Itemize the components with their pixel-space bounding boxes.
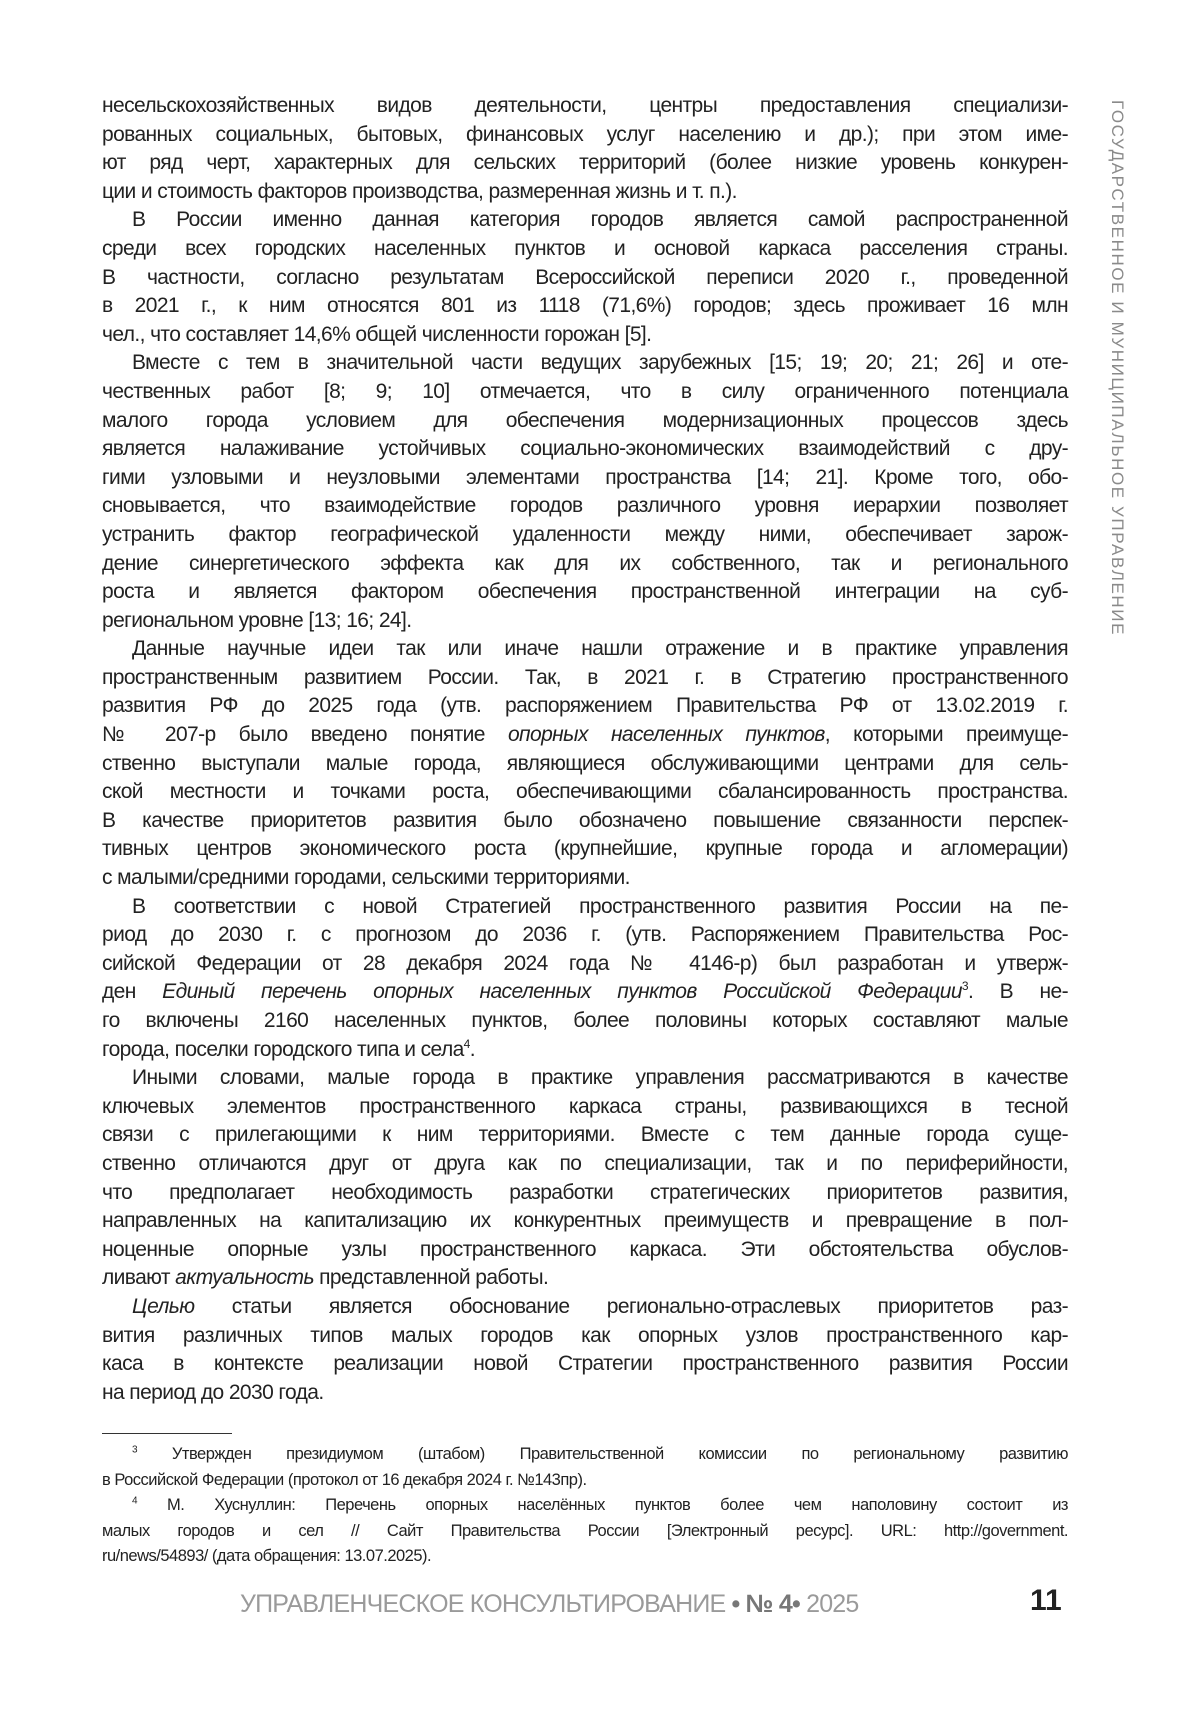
text-run: представленной работы. — [314, 1266, 548, 1289]
text-run: является налаживание устойчивых социальн… — [102, 437, 1068, 460]
text-run: В частности, согласно результатам Всерос… — [102, 266, 1068, 289]
text-run: чел., что составляет 14,6% общей численн… — [102, 323, 651, 346]
text-run: ской местности и точками роста, обеспечи… — [102, 780, 1068, 803]
text-run: сийской Федерации от 28 декабря 2024 год… — [102, 952, 1068, 975]
text-run: Иными словами, малые города в практике у… — [132, 1066, 1068, 1089]
body-line: на период до 2030 года. — [102, 1379, 1068, 1408]
footnote-line: 4 М. Хуснуллин: Перечень опорных населён… — [102, 1493, 1068, 1519]
footer-separator: • — [725, 1590, 745, 1618]
issue-number: № 4 — [746, 1590, 792, 1618]
text-run: что предполагает необходимость разработк… — [102, 1181, 1068, 1204]
body-line: гими узловыми и неузловыми элементами пр… — [102, 464, 1068, 493]
body-line: В частности, согласно результатам Всерос… — [102, 264, 1068, 293]
text-run: . В не- — [968, 980, 1068, 1003]
body-line: ливают актуальность представленной работ… — [102, 1264, 1068, 1293]
body-line: В России именно данная категория городов… — [102, 206, 1068, 235]
footnote-divider — [102, 1433, 232, 1434]
body-line: чел., что составляет 14,6% общей численн… — [102, 321, 1068, 350]
text-run: . — [470, 1038, 475, 1061]
emphasis-text: опорных населенных пунктов — [508, 723, 825, 746]
body-line: является налаживание устойчивых социальн… — [102, 435, 1068, 464]
text-run: ден — [102, 980, 162, 1003]
emphasis-text: Единый перечень опорных населенных пункт… — [162, 980, 962, 1003]
body-line: связи с прилегающими к ним территориями.… — [102, 1121, 1068, 1150]
text-run: ливают — [102, 1266, 175, 1289]
body-line: ден Единый перечень опорных населенных п… — [102, 978, 1068, 1007]
emphasis-text: актуальность — [175, 1266, 314, 1289]
body-line: чественных работ [8; 9; 10] отмечается, … — [102, 378, 1068, 407]
text-run: развития РФ до 2025 года (утв. распоряже… — [102, 694, 1068, 717]
text-run: среди всех городских населенных пунктов … — [102, 237, 1068, 260]
body-line: вития различных типов малых городов как … — [102, 1322, 1068, 1351]
text-run: направленных на капитализацию их конкуре… — [102, 1209, 1068, 1232]
text-run: вития различных типов малых городов как … — [102, 1324, 1068, 1347]
text-run: статьи является обоснование регионально-… — [194, 1295, 1068, 1318]
body-line: направленных на капитализацию их конкуре… — [102, 1207, 1068, 1236]
text-run: ноценные опорные узлы пространственного … — [102, 1238, 1068, 1261]
body-line: № 207-р было введено понятие опорных нас… — [102, 721, 1068, 750]
body-line: В качестве приоритетов развития было обо… — [102, 807, 1068, 836]
body-line: Иными словами, малые города в практике у… — [102, 1064, 1068, 1093]
text-run: дение синергетического эффекта как для и… — [102, 552, 1068, 575]
issue-year: 2025 — [806, 1590, 858, 1618]
body-line: региональном уровне [13; 16; 24]. — [102, 607, 1068, 636]
text-run: рованных социальных, бытовых, финансовых… — [102, 123, 1068, 146]
text-run: М. Хуснуллин: Перечень опорных населённы… — [137, 1496, 1068, 1514]
text-run: тивных центров экономического роста (кру… — [102, 837, 1068, 860]
body-line: с малыми/средними городами, сельскими те… — [102, 864, 1068, 893]
text-run: ют ряд черт, характерных для сельских те… — [102, 151, 1068, 174]
running-footer: УПРАВЛЕНЧЕСКОЕ КОНСУЛЬТИРОВАНИЕ • № 4• 2… — [240, 1590, 880, 1619]
body-line: каса в контексте реализации новой Страте… — [102, 1350, 1068, 1379]
body-line: сновывается, что взаимодействие городов … — [102, 492, 1068, 521]
article-body: несельскохозяйственных видов деятельност… — [102, 92, 1068, 1407]
text-run: чественных работ [8; 9; 10] отмечается, … — [102, 380, 1068, 403]
text-run: пространственным развитием России. Так, … — [102, 666, 1068, 689]
footnote-line: 3 Утвержден президиумом (штабом) Правите… — [102, 1442, 1068, 1468]
text-run: связи с прилегающими к ним территориями.… — [102, 1123, 1068, 1146]
emphasis-text: Целью — [132, 1295, 194, 1318]
body-line: устранить фактор географической удаленно… — [102, 521, 1068, 550]
body-line: Данные научные идеи так или иначе нашли … — [102, 635, 1068, 664]
text-run: Данные научные идеи так или иначе нашли … — [132, 637, 1068, 660]
footnote-line: в Российской Федерации (протокол от 16 д… — [102, 1468, 1068, 1494]
body-line: Вместе с тем в значительной части ведущи… — [102, 349, 1068, 378]
text-run: в Российской Федерации (протокол от 16 д… — [102, 1471, 587, 1489]
body-line: среди всех городских населенных пунктов … — [102, 235, 1068, 264]
text-run: ственно выступали малые города, являющие… — [102, 752, 1068, 775]
text-run: , которыми преимуще- — [825, 723, 1068, 746]
journal-page: ГОСУДАРСТВЕННОЕ И МУНИЦИПАЛЬНОЕ УПРАВЛЕН… — [0, 0, 1200, 1710]
body-line: развития РФ до 2025 года (утв. распоряже… — [102, 692, 1068, 721]
body-line: дение синергетического эффекта как для и… — [102, 550, 1068, 579]
text-run: сновывается, что взаимодействие городов … — [102, 494, 1068, 517]
text-run: гими узловыми и неузловыми элементами пр… — [102, 466, 1068, 489]
text-run: города, поселки городского типа и села — [102, 1038, 464, 1061]
body-line: несельскохозяйственных видов деятельност… — [102, 92, 1068, 121]
body-line: тивных центров экономического роста (кру… — [102, 835, 1068, 864]
text-run: роста и является фактором обеспечения пр… — [102, 580, 1068, 603]
footnote-line: ru/news/54893/ (дата обращения: 13.07.20… — [102, 1544, 1068, 1570]
body-line: рованных социальных, бытовых, финансовых… — [102, 121, 1068, 150]
body-line: ключевых элементов пространственного кар… — [102, 1093, 1068, 1122]
text-run: каса в контексте реализации новой Страте… — [102, 1352, 1068, 1375]
text-run: несельскохозяйственных видов деятельност… — [102, 94, 1068, 117]
body-line: В соответствии с новой Стратегией простр… — [102, 893, 1068, 922]
text-run: № 207-р было введено понятие — [102, 723, 508, 746]
text-run: ции и стоимость факторов производства, р… — [102, 180, 737, 203]
text-run: устранить фактор географической удаленно… — [102, 523, 1068, 546]
body-line: пространственным развитием России. Так, … — [102, 664, 1068, 693]
body-line: Целью статьи является обоснование регион… — [102, 1293, 1068, 1322]
text-run: Вместе с тем в значительной части ведущи… — [132, 351, 1068, 374]
footer-separator-2: • — [792, 1590, 806, 1618]
body-line: ственно отличаются друг от друга как по … — [102, 1150, 1068, 1179]
body-line: ции и стоимость факторов производства, р… — [102, 178, 1068, 207]
text-run: В качестве приоритетов развития было обо… — [102, 809, 1068, 832]
text-run: ственно отличаются друг от друга как по … — [102, 1152, 1068, 1175]
text-run: на период до 2030 года. — [102, 1381, 324, 1404]
page-number: 11 — [1030, 1584, 1062, 1618]
text-run: малого города условием для обеспечения м… — [102, 409, 1068, 432]
body-line: риод до 2030 г. с прогнозом до 2036 г. (… — [102, 921, 1068, 950]
text-run: с малыми/средними городами, сельскими те… — [102, 866, 630, 889]
text-run: В России именно данная категория городов… — [132, 208, 1068, 231]
text-run: В соответствии с новой Стратегией простр… — [132, 895, 1068, 918]
footnotes: 3 Утвержден президиумом (штабом) Правите… — [102, 1442, 1068, 1570]
text-run: ru/news/54893/ (дата обращения: 13.07.20… — [102, 1547, 431, 1565]
text-run: в 2021 г., к ним относятся 801 из 1118 (… — [102, 294, 1068, 317]
body-line: ской местности и точками роста, обеспечи… — [102, 778, 1068, 807]
text-run: Утвержден президиумом (штабом) Правитель… — [137, 1445, 1068, 1463]
body-line: в 2021 г., к ним относятся 801 из 1118 (… — [102, 292, 1068, 321]
body-line: ственно выступали малые города, являющие… — [102, 750, 1068, 779]
body-line: роста и является фактором обеспечения пр… — [102, 578, 1068, 607]
text-run: малых городов и сел // Сайт Правительств… — [102, 1522, 1068, 1540]
body-line: го включены 2160 населенных пунктов, бол… — [102, 1007, 1068, 1036]
body-line: малого города условием для обеспечения м… — [102, 407, 1068, 436]
body-line: сийской Федерации от 28 декабря 2024 год… — [102, 950, 1068, 979]
body-line: города, поселки городского типа и села4. — [102, 1036, 1068, 1065]
text-run: риод до 2030 г. с прогнозом до 2036 г. (… — [102, 923, 1068, 946]
body-line: ноценные опорные узлы пространственного … — [102, 1236, 1068, 1265]
text-run: ключевых элементов пространственного кар… — [102, 1095, 1068, 1118]
body-line: ют ряд черт, характерных для сельских те… — [102, 149, 1068, 178]
text-run: региональном уровне [13; 16; 24]. — [102, 609, 411, 632]
text-run: го включены 2160 населенных пунктов, бол… — [102, 1009, 1068, 1032]
body-line: что предполагает необходимость разработк… — [102, 1179, 1068, 1208]
section-side-label: ГОСУДАРСТВЕННОЕ И МУНИЦИПАЛЬНОЕ УПРАВЛЕН… — [1103, 100, 1127, 670]
journal-title: УПРАВЛЕНЧЕСКОЕ КОНСУЛЬТИРОВАНИЕ — [240, 1590, 725, 1618]
footnote-line: малых городов и сел // Сайт Правительств… — [102, 1519, 1068, 1545]
